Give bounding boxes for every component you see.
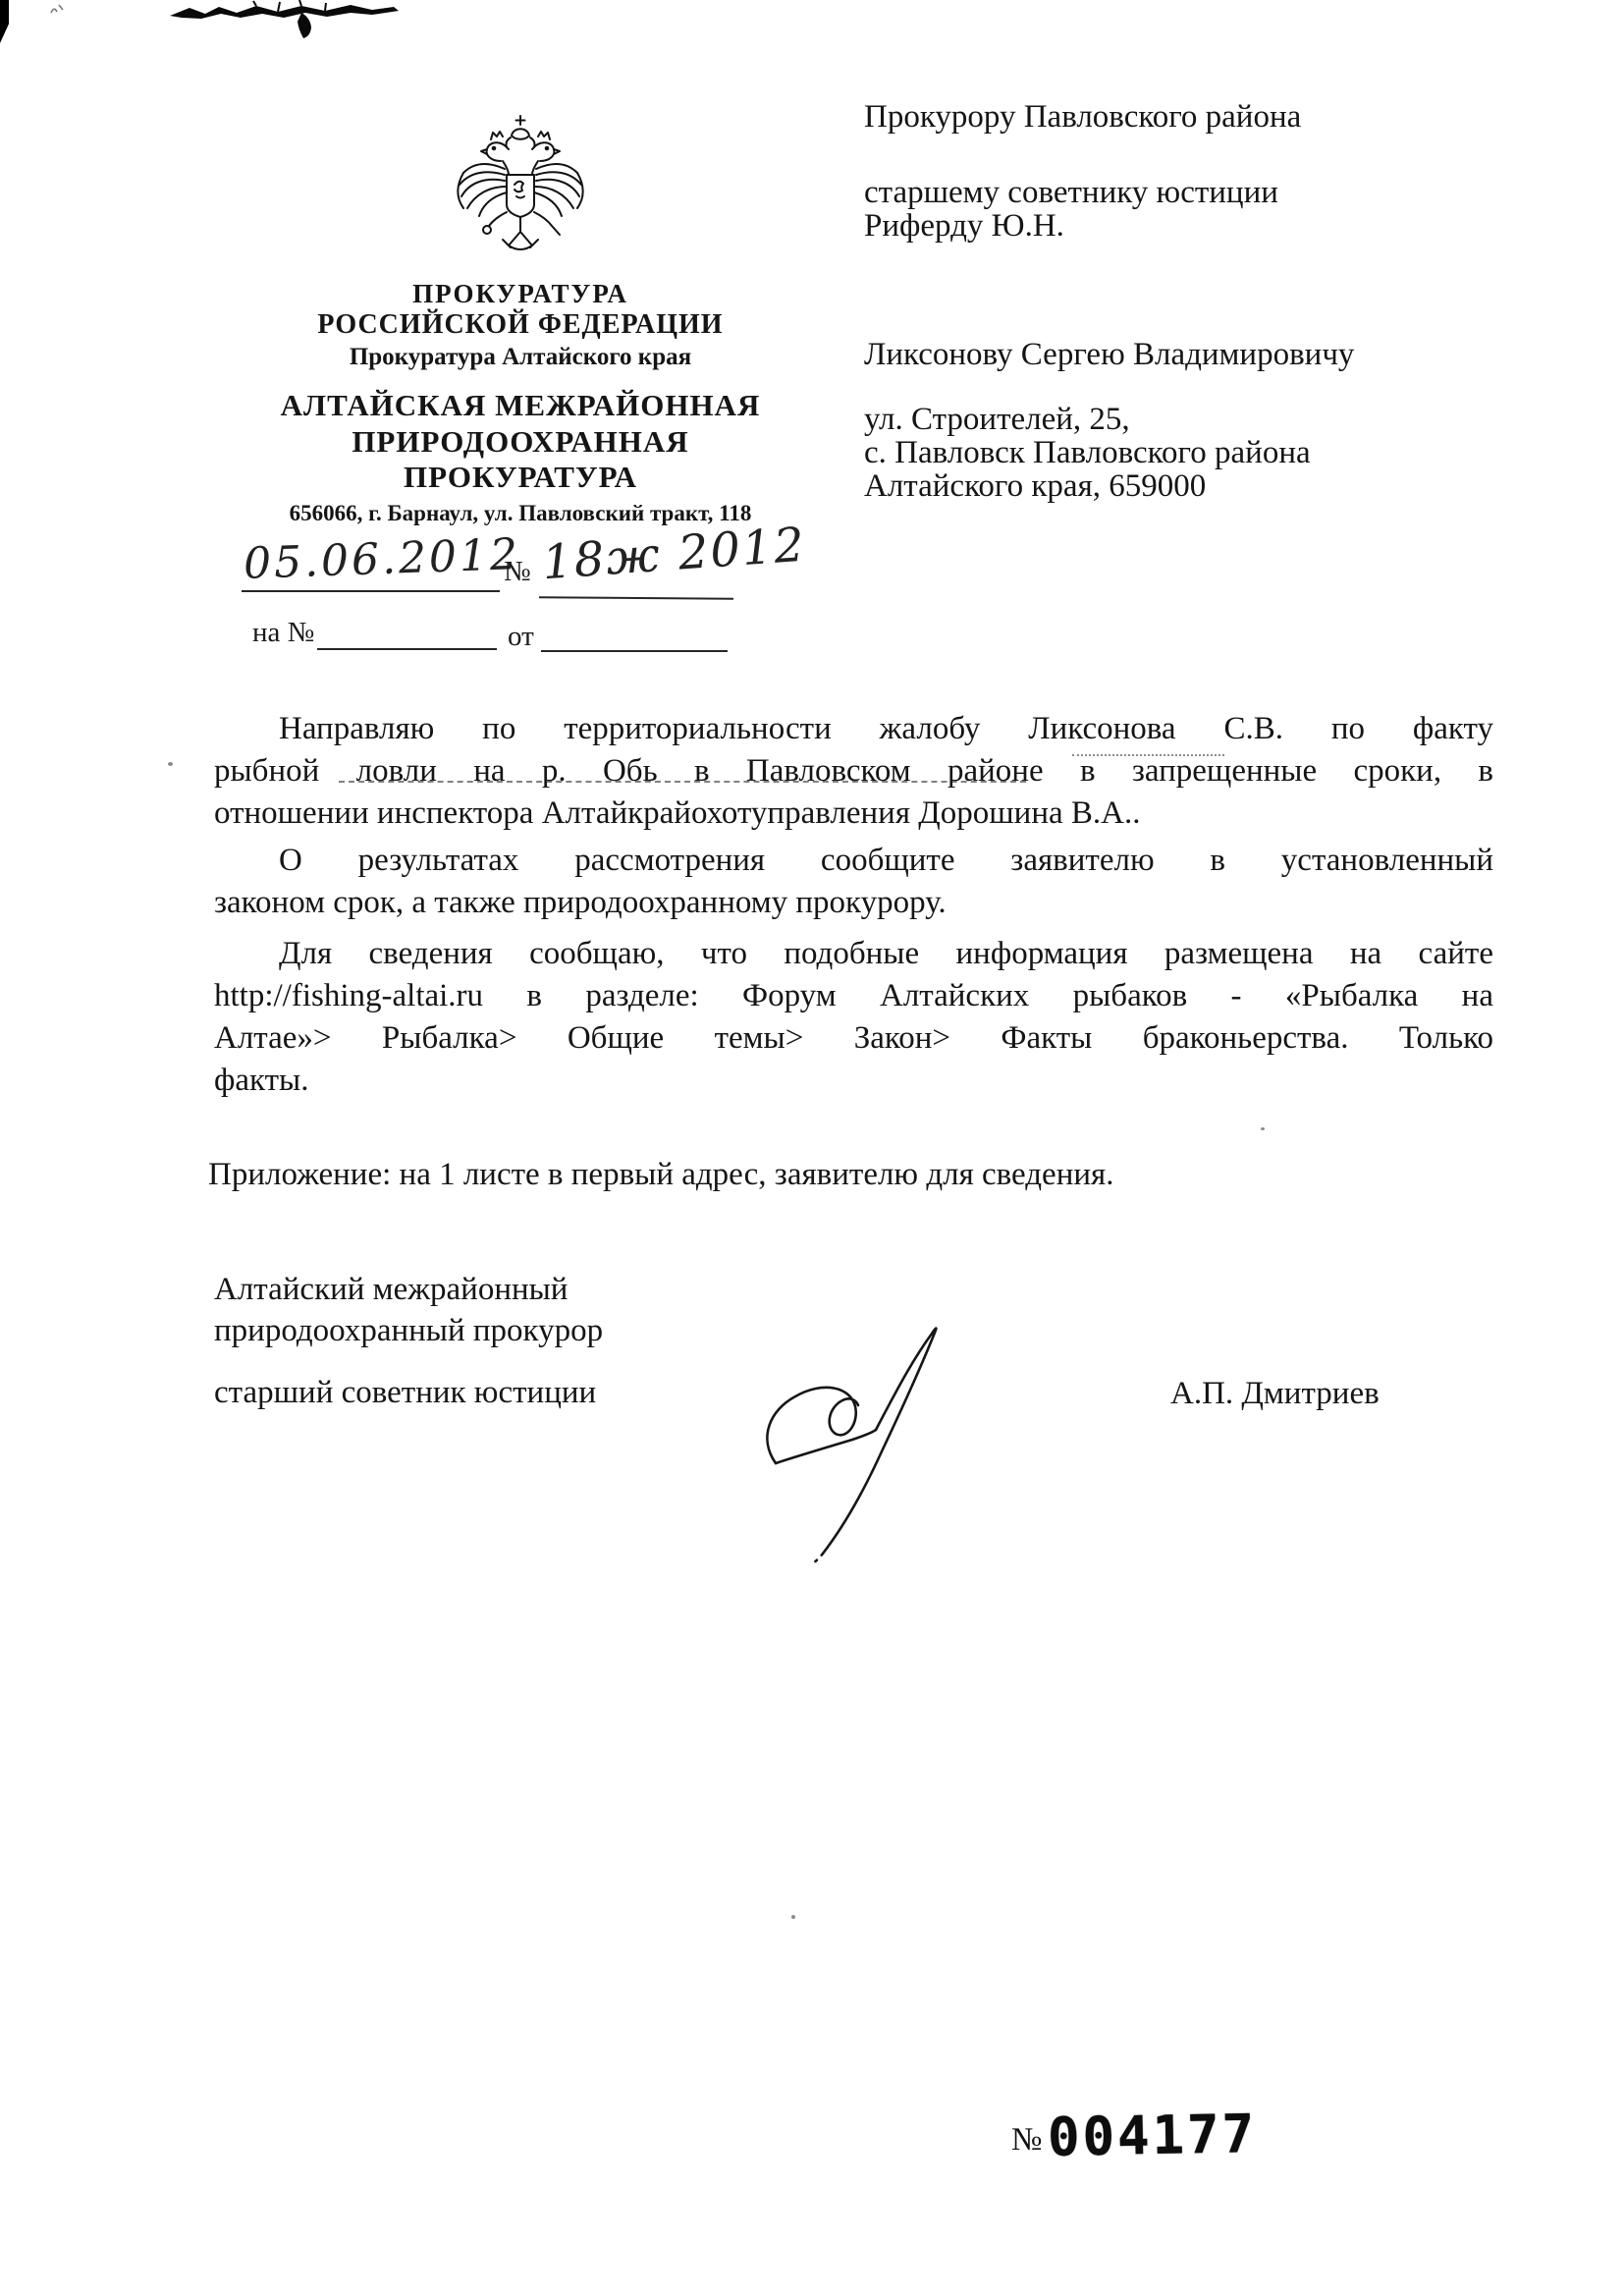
letterhead-org-line6: ПРОКУРАТУРА	[274, 460, 767, 495]
signer-rank: старший советник юстиции	[214, 1372, 603, 1413]
addressee-line: Риферду Ю.Н.	[864, 209, 1473, 243]
letterhead-org-line1: ПРОКУРАТУРА	[274, 279, 767, 308]
attachment-note: Приложение: на 1 листе в первый адрес, з…	[208, 1157, 1113, 1193]
signer-title-block: Алтайский межрайонный природоохранный пр…	[214, 1269, 603, 1413]
paragraph: Для сведения сообщаю, что подобные инфор…	[214, 933, 1493, 1102]
addressee-line: Ликсонову Сергею Владимировичу	[864, 337, 1473, 372]
scanned-letter-page: ПРОКУРАТУРА РОССИЙСКОЙ ФЕДЕРАЦИИ Прокура…	[0, 0, 1624, 2296]
number-sign-label: №	[504, 556, 531, 588]
reply-to-underline	[317, 648, 497, 650]
stamp-number-sign: №	[1011, 2124, 1043, 2162]
handwritten-date: 05.06.2012	[243, 529, 521, 589]
body-line: отношении инспектора Алтайкрайохотуправл…	[214, 793, 1493, 835]
scan-pen-mark-artifact	[49, 2, 67, 18]
scan-speck	[791, 1915, 795, 1919]
body-line: Алтае»> Рыбалка> Общие темы> Закон> Факт…	[214, 1017, 1493, 1060]
signer-title-line: природоохранный прокурор	[214, 1310, 603, 1351]
double-headed-eagle-icon	[452, 114, 589, 267]
body-line: законом срок, а также природоохранному п…	[214, 882, 1493, 924]
reply-to-label: на №	[252, 617, 314, 649]
body-line: http://fishing-altai.ru в разделе: Форум…	[214, 975, 1493, 1017]
scan-corner-artifact	[0, 0, 9, 43]
body-line: факты.	[214, 1060, 1493, 1102]
addressee-line: Прокурору Павловского района	[864, 99, 1473, 135]
scan-speck	[168, 762, 173, 766]
scan-smudge-artifact	[162, 0, 404, 41]
stamp-number: 004177	[1047, 2107, 1257, 2164]
addressee-line: Алтайского края, 659000	[864, 469, 1473, 503]
addressee-line: старшему советнику юстиции	[864, 176, 1473, 209]
body-line: рыбной ловли на р. Обь в Павловском райо…	[214, 750, 1493, 793]
strikethrough-artifact	[339, 781, 1026, 783]
date-underline	[242, 590, 500, 592]
addressee-line: ул. Строителей, 25,	[864, 403, 1473, 436]
paragraph: О результатах рассмотрения сообщите заяв…	[214, 840, 1493, 924]
letter-body: Направляю по территориальности жалобу Ли…	[214, 708, 1493, 1102]
letterhead-org-line4: АЛТАЙСКАЯ МЕЖРАЙОННАЯ	[274, 387, 767, 423]
body-line: Направляю по территориальности жалобу Ли…	[214, 708, 1493, 750]
addressee-line: с. Павловск Павловского района	[864, 436, 1473, 469]
addressee-block: Прокурору Павловского района старшему со…	[864, 99, 1473, 503]
dotted-scan-artifact	[1072, 754, 1224, 756]
from-date-underline	[541, 650, 728, 652]
signer-name: А.П. Дмитриев	[1170, 1376, 1380, 1412]
body-line: О результатах рассмотрения сообщите заяв…	[214, 840, 1493, 882]
body-line: Для сведения сообщаю, что подобные инфор…	[214, 933, 1493, 975]
signer-title-line: Алтайский межрайонный	[214, 1269, 603, 1310]
paragraph: Направляю по территориальности жалобу Ли…	[214, 708, 1493, 835]
letterhead-address: 656066, г. Барнаул, ул. Павловский тракт…	[274, 499, 767, 528]
letterhead-org-line5: ПРИРОДООХРАННАЯ	[274, 423, 767, 460]
letterhead-org-line2: РОССИЙСКОЙ ФЕДЕРАЦИИ	[274, 308, 767, 341]
signature-icon	[754, 1308, 980, 1565]
scan-speck	[1261, 1127, 1265, 1130]
registration-stamp: № 004177	[1011, 2109, 1257, 2162]
letterhead-org-line3: Прокуратура Алтайского края	[274, 341, 767, 374]
letterhead: ПРОКУРАТУРА РОССИЙСКОЙ ФЕДЕРАЦИИ Прокура…	[274, 114, 767, 528]
from-date-label: от	[508, 621, 534, 653]
number-underline	[539, 596, 733, 599]
